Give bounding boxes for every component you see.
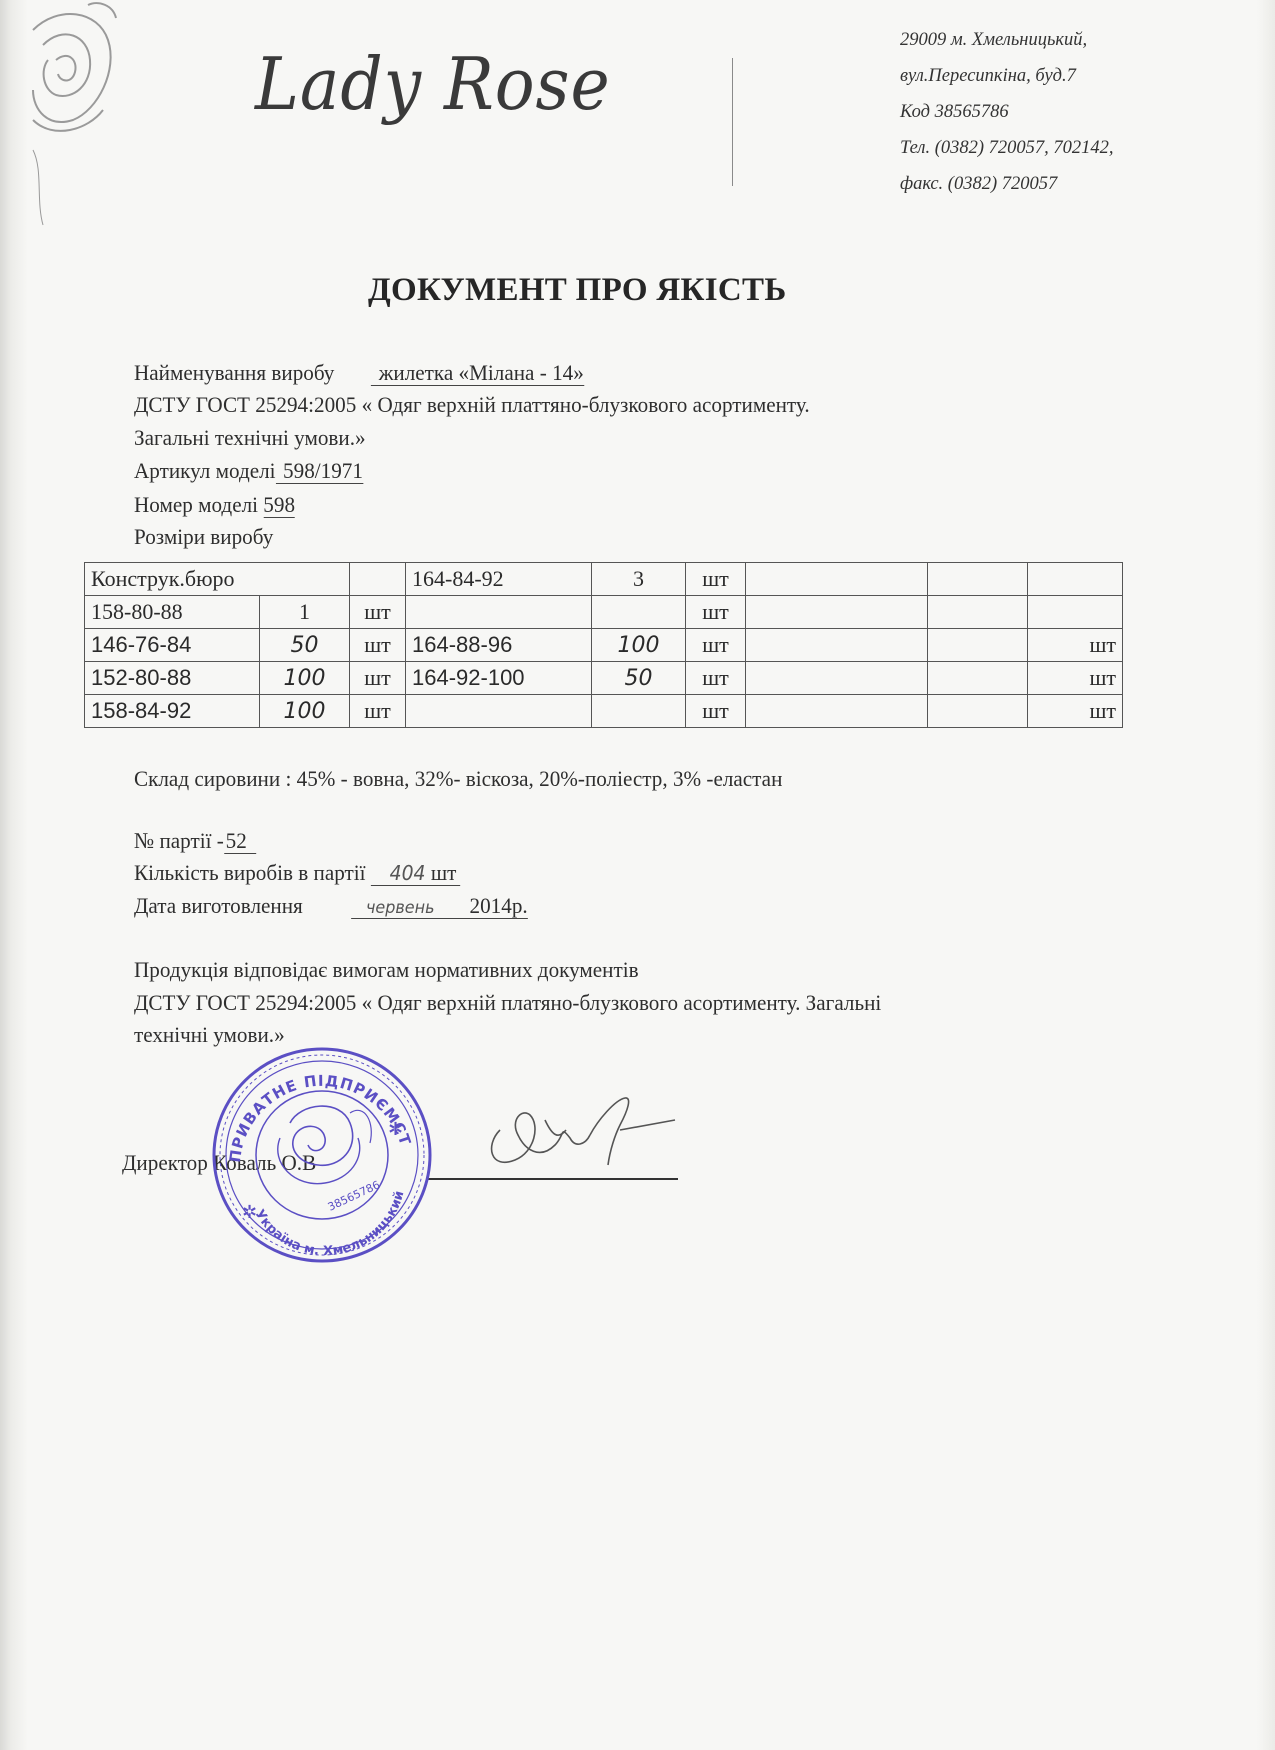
- batch-number-value: 52: [224, 828, 256, 854]
- table-cell-size: 152-80-88: [85, 662, 260, 695]
- table-cell-size: 164-92-100: [406, 662, 592, 695]
- table-row: Конструк.бюро 164-84-92 3 шт: [85, 563, 1123, 596]
- table-cell-header-label: Конструк.бюро: [85, 563, 350, 596]
- table-cell: [746, 596, 928, 629]
- company-address: 29009 м. Хмельницький, вул.Пересипкіна, …: [900, 22, 1114, 202]
- address-line: 29009 м. Хмельницький,: [900, 22, 1114, 58]
- table-row: 158-80-88 1 шт шт: [85, 596, 1123, 629]
- document-title: ДОКУМЕНТ ПРО ЯКІСТЬ: [368, 272, 786, 309]
- scan-edge-shadow-right: [1257, 0, 1275, 1750]
- stamp-star-icon: ✲: [388, 1119, 403, 1139]
- table-cell-qty: 100: [592, 629, 686, 662]
- table-cell: [928, 563, 1028, 596]
- manufacture-year: 2014р.: [470, 893, 528, 918]
- manufacture-month: червень: [366, 898, 435, 918]
- table-cell-header-qty: 3: [592, 563, 686, 596]
- table-cell-header-unit: шт: [686, 563, 746, 596]
- address-line: Код 38565786: [900, 94, 1114, 130]
- composition: Склад сировини : 45% - вовна, 32%- віско…: [134, 766, 782, 792]
- table-cell-unit: шт: [1028, 662, 1123, 695]
- table-cell: [350, 563, 406, 596]
- conformity-line-2: ДСТУ ГОСТ 25294:2005 « Одяг верхній плат…: [134, 990, 881, 1016]
- table-cell: [746, 695, 928, 728]
- table-cell: [928, 596, 1028, 629]
- company-logo: Lady Rose: [255, 42, 611, 126]
- rose-decoration-icon: [28, 0, 118, 230]
- table-cell-size: 146-76-84: [85, 629, 260, 662]
- table-cell-unit: шт: [350, 629, 406, 662]
- table-cell-qty: 50: [592, 662, 686, 695]
- table-cell-unit: шт: [350, 662, 406, 695]
- batch-count-unit: шт: [431, 860, 457, 885]
- svg-text:ПРИВАТНЕ ПІДПРИЄМСТВО: ПРИВАТНЕ ПІДПРИЄМСТВО: [200, 1043, 415, 1164]
- table-cell-qty: 100: [260, 695, 350, 728]
- table-cell: [746, 629, 928, 662]
- table-cell-size: 158-80-88: [85, 596, 260, 629]
- table-cell-unit: шт: [1028, 695, 1123, 728]
- manufacture-date-label: Дата виготовлення: [134, 893, 303, 918]
- table-cell-size: 158-84-92: [85, 695, 260, 728]
- article-value: 598/1971: [276, 458, 363, 484]
- table-row: 152-80-88 100 шт 164-92-100 50 шт шт: [85, 662, 1123, 695]
- table-cell-qty: 1: [260, 596, 350, 629]
- signature-scribble-icon: [480, 1090, 680, 1180]
- product-name-label: Найменування виробу: [134, 360, 334, 385]
- table-cell-unit: шт: [686, 695, 746, 728]
- table-row: 158-84-92 100 шт шт шт: [85, 695, 1123, 728]
- batch-count-value: 404: [390, 861, 426, 885]
- table-cell-qty: [592, 596, 686, 629]
- address-line: Тел. (0382) 720057, 702142,: [900, 130, 1114, 166]
- sizes-table: Конструк.бюро 164-84-92 3 шт 158-80-88 1…: [84, 562, 1123, 728]
- table-cell-size: 164-88-96: [406, 629, 592, 662]
- table-cell-qty: 50: [260, 629, 350, 662]
- model-label: Номер моделі: [134, 492, 258, 517]
- table-cell-unit: шт: [686, 596, 746, 629]
- batch-count-row: Кількість виробів в партії 404 шт: [134, 860, 460, 886]
- model-row: Номер моделі 598: [134, 492, 295, 518]
- table-cell-header-size: 164-84-92: [406, 563, 592, 596]
- table-cell-unit: шт: [686, 662, 746, 695]
- table-cell-unit: шт: [350, 695, 406, 728]
- table-cell: [928, 695, 1028, 728]
- stamp-star-icon: ✲: [242, 1202, 257, 1222]
- table-cell: [928, 629, 1028, 662]
- table-row: 146-76-84 50 шт 164-88-96 100 шт шт: [85, 629, 1123, 662]
- address-line: вул.Пересипкіна, буд.7: [900, 58, 1114, 94]
- batch-number-row: № партії -52: [134, 828, 256, 854]
- table-cell-qty: 100: [260, 662, 350, 695]
- table-cell-size: [406, 596, 592, 629]
- table-cell-size: [406, 695, 592, 728]
- article-row: Артикул моделі598/1971: [134, 458, 363, 484]
- conformity-line-1: Продукція відповідає вимогам нормативних…: [134, 957, 639, 983]
- table-cell-unit: шт: [350, 596, 406, 629]
- standard-line-2: Загальні технічні умови.»: [134, 425, 366, 451]
- stamp-top-text: ПРИВАТНЕ ПІДПРИЄМСТВО: [200, 1043, 415, 1164]
- batch-count-label: Кількість виробів в партії: [134, 860, 366, 885]
- sizes-label: Розміри виробу: [134, 524, 273, 550]
- table-cell: [746, 563, 928, 596]
- article-label: Артикул моделі: [134, 458, 276, 483]
- table-cell-unit: [1028, 596, 1123, 629]
- product-name-row: Найменування виробу жилетка «Мілана - 14…: [134, 360, 584, 386]
- table-cell: [928, 662, 1028, 695]
- standard-line-1: ДСТУ ГОСТ 25294:2005 « Одяг верхній плат…: [134, 392, 810, 418]
- table-cell-unit: шт: [686, 629, 746, 662]
- address-line: факс. (0382) 720057: [900, 166, 1114, 202]
- manufacture-date-row: Дата виготовлення червень 2014р.: [134, 893, 528, 919]
- table-cell-unit: шт: [1028, 629, 1123, 662]
- table-cell: [746, 662, 928, 695]
- scan-edge-shadow: [0, 0, 28, 1750]
- table-cell: [1028, 563, 1123, 596]
- company-stamp: ПРИВАТНЕ ПІДПРИЄМСТВО Україна м. Хмельни…: [200, 1043, 440, 1268]
- product-name-value: жилетка «Мілана - 14»: [371, 360, 584, 386]
- header-divider: [732, 58, 733, 186]
- table-cell-qty: [592, 695, 686, 728]
- model-value: 598: [263, 492, 295, 518]
- batch-number-label: № партії -: [134, 828, 224, 853]
